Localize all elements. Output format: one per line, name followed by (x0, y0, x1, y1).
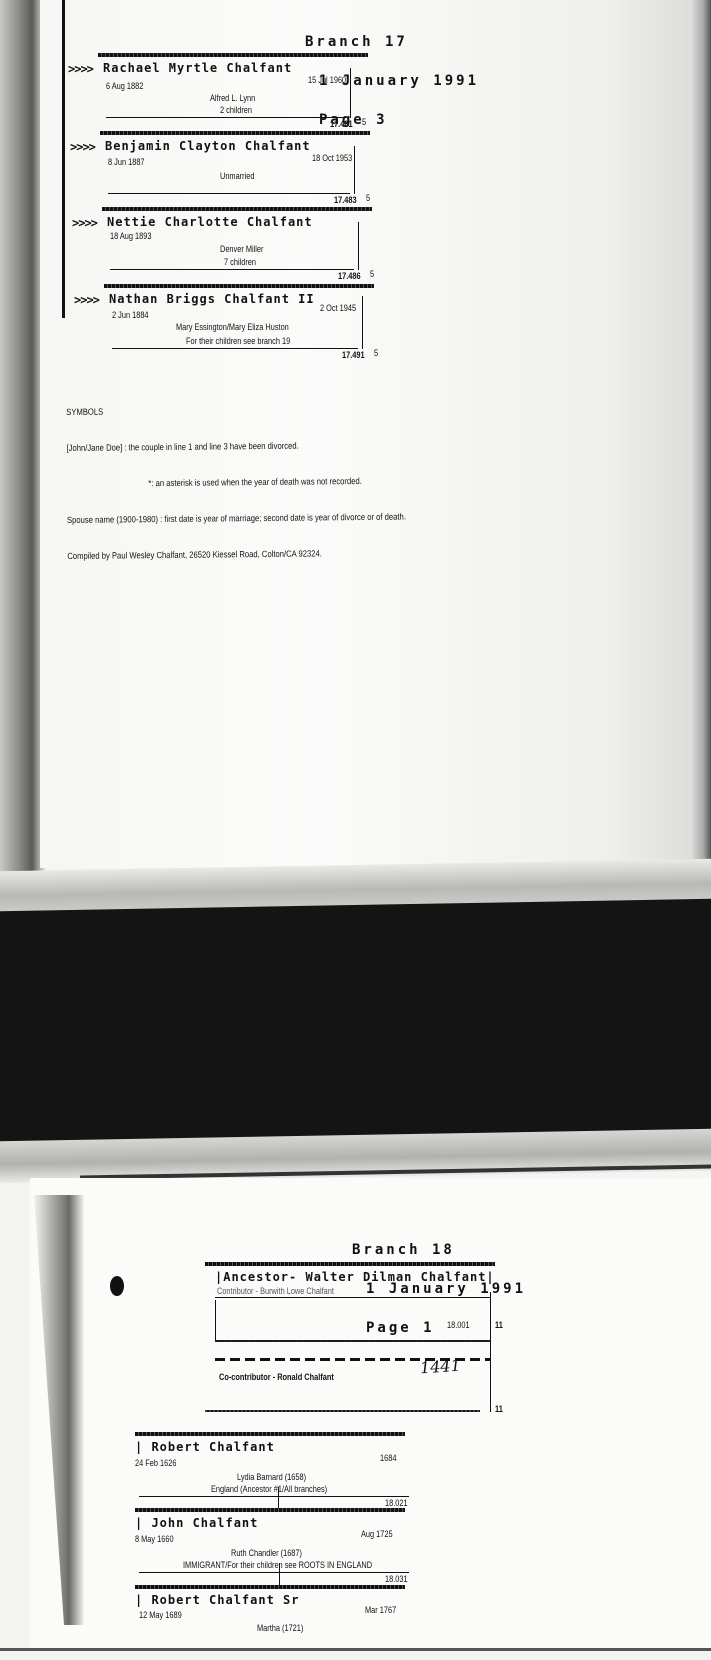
reference-number: 17.491 (342, 350, 365, 360)
ancestor-title: |Ancestor- Walter Dilman Chalfant| (215, 1270, 495, 1284)
entry-bottom-rule (108, 193, 350, 194)
children-note: 7 children (224, 257, 256, 267)
person-name-text: Robert Chalfant Sr (151, 1593, 299, 1607)
birth-date: 12 May 1689 (139, 1610, 182, 1620)
entry-top-rule (102, 207, 372, 211)
family-entry: | Robert Chalfant Sr 12 May 1689 Mar 176… (135, 1585, 405, 1645)
death-date: Aug 1725 (361, 1529, 393, 1539)
spouse-name: Ruth Chandler (1687) (231, 1548, 302, 1558)
death-date: 18 Oct 1953 (312, 153, 352, 163)
branch-label: Branch 18 (352, 1244, 526, 1257)
spouse-name: Alfred L. Lynn (210, 93, 255, 103)
symbols-line-spouse-dates: Spouse name (1900-1980) : first date is … (67, 511, 406, 526)
reference-number: 17.481 (330, 119, 353, 129)
person-name-text: John Chalfant (151, 1516, 258, 1530)
descent-arrows: >>>> (68, 62, 93, 76)
generation-number: 5 (366, 193, 370, 203)
box-rule (205, 1410, 480, 1412)
descent-arrows: >>>> (70, 140, 95, 154)
family-entry: >>>> Nathan Briggs Chalfant II 2 Jun 188… (74, 284, 374, 358)
binder-hole (110, 1276, 124, 1296)
spouse-name: Mary Essington/Mary Eliza Huston (176, 322, 289, 332)
person-name: Nathan Briggs Chalfant II (109, 292, 315, 306)
scan-right-shadow (691, 0, 711, 860)
ancestor-box: |Ancestor- Walter Dilman Chalfant| Contr… (205, 1262, 495, 1417)
page-bottom-edge (0, 1648, 711, 1651)
entry-bottom-rule (139, 1496, 409, 1497)
family-entry: | John Chalfant 8 May 1660 Aug 1725 Ruth… (135, 1508, 405, 1583)
reference-number: 18.021 (385, 1498, 408, 1508)
symbols-title: SYMBOLS (66, 403, 405, 418)
birth-date: 8 Jun 1887 (108, 157, 145, 167)
co-contributor-line: Co-contributor - Ronald Chalfant (219, 1372, 334, 1382)
reference-number: 18.001 (447, 1320, 470, 1330)
family-entry: | Robert Chalfant 24 Feb 1626 1684 Lydia… (135, 1432, 405, 1507)
family-entry: >>>> Rachael Myrtle Chalfant 6 Aug 1882 … (68, 53, 368, 123)
person-name: Rachael Myrtle Chalfant (103, 61, 292, 75)
generation-number: 11 (495, 1320, 503, 1330)
birth-date: 6 Aug 1882 (106, 81, 143, 91)
person-name: | John Chalfant (135, 1516, 258, 1530)
entry-right-border (354, 146, 355, 194)
generation-number: 5 (370, 269, 374, 279)
handwritten-annotation: 1441 (419, 1356, 461, 1378)
death-date: Mar 1767 (365, 1605, 396, 1615)
symbols-line-divorced: [John/Jane Doe] : the couple in line 1 a… (66, 439, 405, 454)
birth-date: 2 Jun 1884 (112, 310, 149, 320)
family-entry: >>>> Nettie Charlotte Chalfant 18 Aug 18… (72, 207, 372, 277)
family-entry: >>>> Benjamin Clayton Chalfant 8 Jun 188… (70, 131, 370, 201)
person-name: Nettie Charlotte Chalfant (107, 215, 313, 229)
entry-bottom-rule (139, 1572, 409, 1573)
page-margin-line (62, 0, 65, 318)
reference-number: 17.483 (334, 195, 357, 205)
birth-date: 8 May 1660 (135, 1534, 174, 1544)
box-rule (215, 1340, 490, 1342)
entry-right-border (362, 296, 363, 349)
spouse-name: Unmarried (220, 171, 254, 181)
generation-number-2: 11 (495, 1404, 503, 1414)
scanner-gap (0, 899, 711, 1151)
branch-label: Branch 17 (305, 36, 479, 49)
death-date: 2 Oct 1945 (320, 303, 356, 313)
entry-right-border (350, 68, 351, 118)
entry-top-rule (205, 1262, 495, 1266)
generation-number: 5 (362, 117, 366, 127)
symbols-line-asterisk: *: an asterisk is used when the year of … (67, 475, 406, 490)
compiler-credit: Compiled by Paul Wesley Chalfant, 26520 … (67, 547, 406, 562)
entry-top-rule (135, 1432, 405, 1436)
birth-date: 18 Aug 1893 (110, 231, 151, 241)
person-name-text: Robert Chalfant (151, 1440, 274, 1454)
box-rule (215, 1297, 490, 1298)
generation-number: 5 (374, 348, 378, 358)
spouse-name: Martha (1721) (257, 1623, 303, 1633)
contributor-line: Contributor - Burwith Lowe Chalfant (217, 1286, 334, 1296)
children-note: 2 children (220, 105, 252, 115)
entry-top-rule (135, 1508, 405, 1512)
entry-bottom-rule (110, 269, 354, 270)
spouse-name: Lydia Barnard (1658) (237, 1472, 306, 1482)
entry-bottom-rule (112, 348, 358, 349)
children-note: For their children see branch 19 (186, 336, 290, 346)
reference-number: 17.486 (338, 271, 361, 281)
entry-note: England (Ancestor #1/All branches) (211, 1484, 327, 1494)
entry-top-rule (98, 53, 368, 57)
person-name: | Robert Chalfant Sr (135, 1593, 300, 1607)
entry-right-border (358, 222, 359, 270)
person-name: Benjamin Clayton Chalfant (105, 139, 311, 153)
entry-bottom-rule (106, 117, 346, 118)
entry-top-rule (104, 284, 374, 288)
death-date: 15 Jul 1960 (308, 75, 346, 85)
reference-number: 18.031 (385, 1574, 408, 1584)
descent-arrows: >>>> (72, 216, 97, 230)
person-name: | Robert Chalfant (135, 1440, 275, 1454)
symbols-legend: SYMBOLS [John/Jane Doe] : the couple in … (66, 379, 406, 574)
death-date: 1684 (380, 1453, 396, 1463)
entry-note: IMMIGRANT/For their children see ROOTS I… (183, 1560, 372, 1570)
spouse-name: Denver Miller (220, 244, 263, 254)
entry-top-rule (135, 1585, 405, 1589)
box-left-border (215, 1300, 216, 1340)
birth-date: 24 Feb 1626 (135, 1458, 176, 1468)
entry-top-rule (100, 131, 370, 135)
descent-arrows: >>>> (74, 293, 99, 307)
box-right-border (490, 1292, 491, 1412)
